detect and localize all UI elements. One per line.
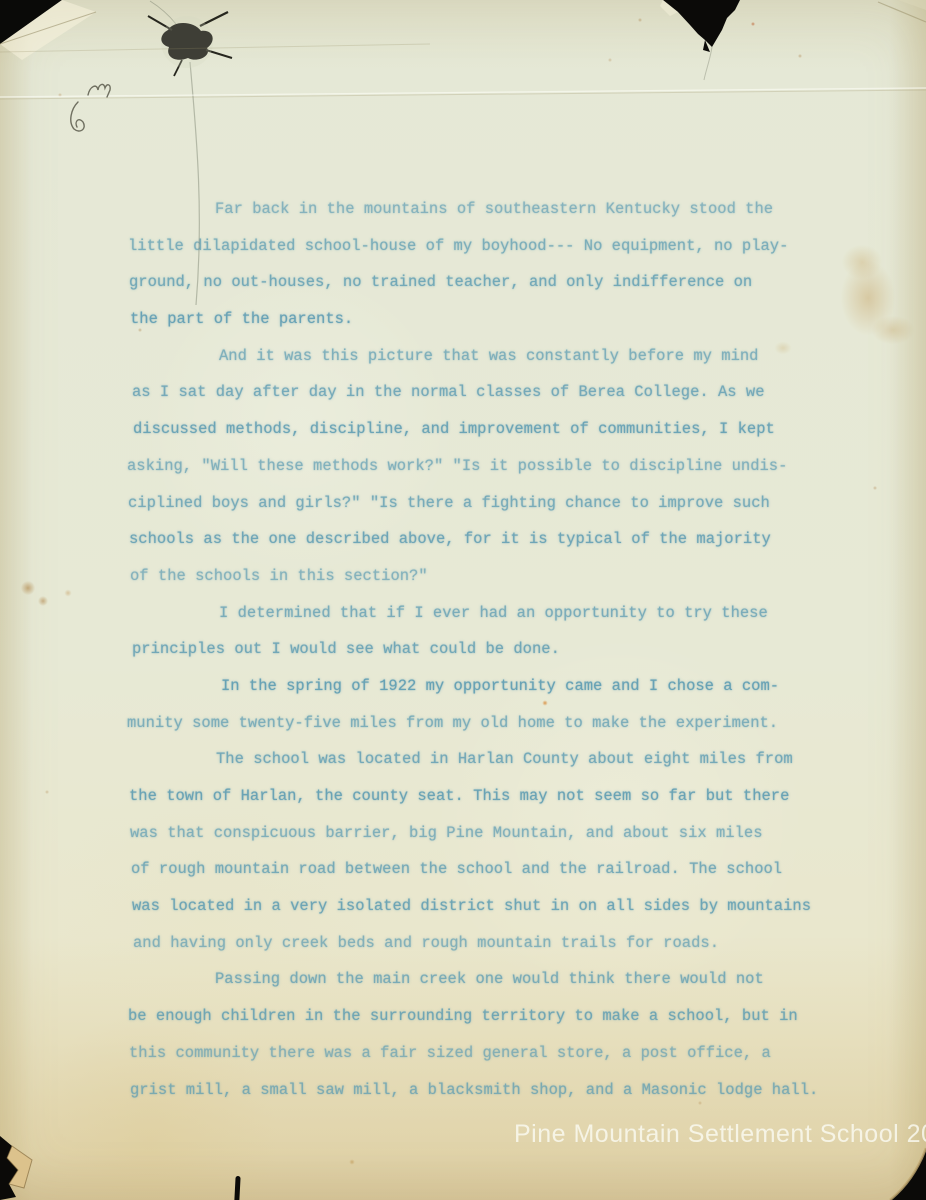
typed-text: Far back in the mountains of southeaster…: [130, 191, 830, 1108]
typed-line: the town of Harlan, the county seat. Thi…: [129, 778, 829, 815]
scanned-document: Far back in the mountains of southeaster…: [0, 0, 926, 1200]
typed-line: ciplined boys and girls?" "Is there a fi…: [128, 485, 828, 522]
typed-line: the part of the parents.: [130, 301, 830, 338]
typed-line: and having only creek beds and rough mou…: [133, 925, 833, 962]
typed-line: And it was this picture that was constan…: [131, 338, 831, 375]
typed-line: discussed methods, discipline, and impro…: [133, 411, 833, 448]
typed-line: Far back in the mountains of southeaster…: [127, 191, 827, 228]
typed-line: I determined that if I ever had an oppor…: [131, 595, 831, 632]
typed-line: was located in a very isolated district …: [132, 888, 832, 925]
typed-line: The school was located in Harlan County …: [128, 741, 828, 778]
typed-line: principles out I would see what could be…: [132, 631, 832, 668]
watermark: Pine Mountain Settlement School 2019: [514, 1120, 926, 1149]
typed-line: asking, "Will these methods work?" "Is i…: [127, 448, 827, 485]
typed-line: was that conspicuous barrier, big Pine M…: [130, 815, 830, 852]
typed-line: ground, no out-houses, no trained teache…: [129, 264, 829, 301]
typed-line: little dilapidated school-house of my bo…: [128, 228, 828, 265]
typed-line: be enough children in the surrounding te…: [128, 998, 828, 1035]
typed-line: this community there was a fair sized ge…: [129, 1035, 829, 1072]
typed-line: of rough mountain road between the schoo…: [131, 851, 831, 888]
typed-line: grist mill, a small saw mill, a blacksmi…: [130, 1072, 830, 1109]
typed-line: munity some twenty-five miles from my ol…: [127, 705, 827, 742]
typed-line: as I sat day after day in the normal cla…: [132, 374, 832, 411]
typed-line: In the spring of 1922 my opportunity cam…: [133, 668, 833, 705]
typed-line: Passing down the main creek one would th…: [127, 961, 827, 998]
typed-line: of the schools in this section?": [130, 558, 830, 595]
typed-line: schools as the one described above, for …: [129, 521, 829, 558]
